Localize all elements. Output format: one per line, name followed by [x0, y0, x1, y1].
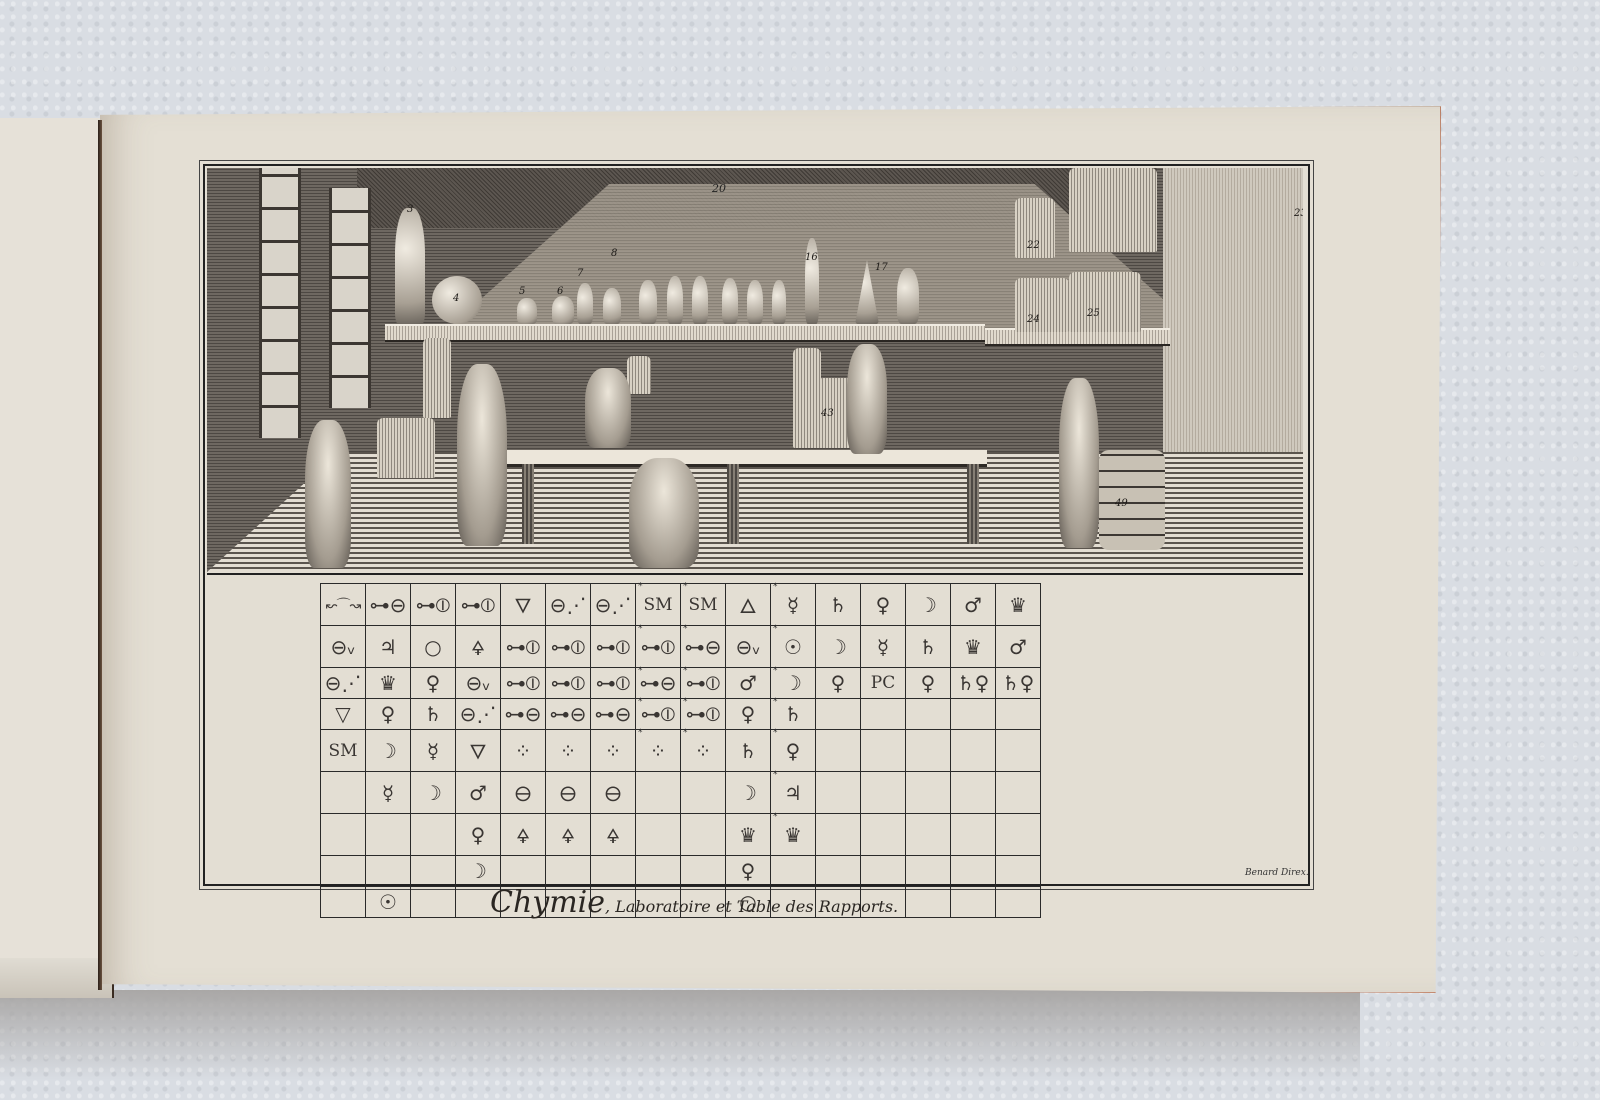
table-cell [411, 856, 456, 887]
table-cell: ⊶⦶ [636, 699, 681, 730]
vessel-25 [1069, 272, 1141, 332]
table-cell: ⊶⊖ [366, 584, 411, 626]
table-cell [321, 887, 366, 918]
table-cell: ⊶⊖ [501, 699, 546, 730]
vessel-15 [772, 280, 786, 324]
table-cell [816, 772, 861, 814]
table-cell [951, 772, 996, 814]
table-cell [906, 699, 951, 730]
table-cell [861, 814, 906, 856]
table-cell: ☽ [771, 668, 816, 699]
table-cell: ☽ [366, 730, 411, 772]
table-row: ♀🜍🜍🜍♛♛ [321, 814, 1041, 856]
label-43: 43 [821, 408, 834, 419]
table-cell [816, 699, 861, 730]
book-shadow [0, 990, 1360, 1080]
table-cell [681, 856, 726, 887]
vessel-18 [897, 268, 919, 324]
table-cell: 🜍 [591, 814, 636, 856]
table-cell: ⊶⊖ [681, 626, 726, 668]
table-cell: ⁘ [591, 730, 636, 772]
hood-23 [1069, 168, 1157, 252]
table-row: ⊖ᵥ♃○🜍⊶⦶⊶⦶⊶⦶⊶⦶⊶⊖⊖ᵥ☉☽☿♄♛♂ [321, 626, 1041, 668]
table-cell: ⊶⦶ [411, 584, 456, 626]
table-cell: ♀ [771, 730, 816, 772]
cucurbit-7 [577, 283, 593, 324]
table-leg [967, 464, 979, 544]
table-cell [321, 772, 366, 814]
table-cell: ♄♀ [951, 668, 996, 699]
table-cell: SM [636, 584, 681, 626]
table-cell [501, 856, 546, 887]
table-cell: ⊶⊖ [636, 668, 681, 699]
table-cell: ☿ [411, 730, 456, 772]
table-cell: ♀ [861, 584, 906, 626]
table-cell: ☿ [366, 772, 411, 814]
table-cell: ⊖⋰ [321, 668, 366, 699]
table-cell [861, 772, 906, 814]
table-cell: ♀ [726, 699, 771, 730]
table-cell: 🜍 [501, 814, 546, 856]
table-cell: ☿ [861, 626, 906, 668]
table-cell: ♛ [366, 668, 411, 699]
table-cell [951, 699, 996, 730]
table-cell: ⊖⋰ [546, 584, 591, 626]
label-5: 5 [519, 286, 525, 297]
table-cell [681, 814, 726, 856]
table-cell [861, 856, 906, 887]
table-cell: ⊶⦶ [456, 584, 501, 626]
retort-6 [552, 296, 574, 324]
table-cell: ⊶⊖ [546, 699, 591, 730]
table-cell: 🜍 [546, 814, 591, 856]
table-cell [321, 856, 366, 887]
label-4: 4 [453, 293, 459, 304]
table-cell: 🜂 [726, 584, 771, 626]
table-cell: ♛ [996, 584, 1041, 626]
table-cell [861, 699, 906, 730]
table-cell: ♂ [951, 584, 996, 626]
caption-title: Chymie [490, 885, 605, 920]
retort-5 [517, 298, 537, 324]
table-cell: ⊶⦶ [501, 626, 546, 668]
table-cell: ↜⌒↝ [321, 584, 366, 626]
table-row: ⊖⋰♛♀⊖ᵥ⊶⦶⊶⦶⊶⦶⊶⊖⊶⦶♂☽♀PC♀♄♀♄♀ [321, 668, 1041, 699]
table-cell: ⁘ [681, 730, 726, 772]
seated-chemist-figure [585, 368, 631, 448]
table-cell [906, 856, 951, 887]
table-cell [321, 814, 366, 856]
table-cell: ♂ [726, 668, 771, 699]
table-cell: ⊖ᵥ [456, 668, 501, 699]
table-cell [906, 887, 951, 918]
table-cell [591, 856, 636, 887]
table-cell [861, 730, 906, 772]
table-cell [636, 814, 681, 856]
table-cell: ⊖⋰ [456, 699, 501, 730]
table-cell: ▽ [321, 699, 366, 730]
table-cell: ⊖⋰ [591, 584, 636, 626]
table-cell [366, 814, 411, 856]
vessel-14 [747, 280, 763, 324]
table-cell [951, 730, 996, 772]
table-cell: ⊶⦶ [591, 668, 636, 699]
table-cell: ⊶⦶ [681, 699, 726, 730]
left-page [0, 118, 114, 998]
table-cell: ♄ [726, 730, 771, 772]
table-cell: PC [861, 668, 906, 699]
table-cell: 🜄 [501, 584, 546, 626]
lab-table [507, 450, 987, 467]
table-cell [411, 814, 456, 856]
table-cell: ☽ [456, 856, 501, 887]
label-3: 3 [407, 204, 413, 215]
aludel-vessel [395, 208, 425, 324]
label-20: 20 [712, 182, 726, 195]
table-cell: 🜔 [591, 772, 636, 814]
table-cell: SM [321, 730, 366, 772]
table-cell: ☉ [771, 626, 816, 668]
label-7: 7 [577, 268, 583, 279]
table-cell: ☿ [771, 584, 816, 626]
table-cell [681, 772, 726, 814]
vessel-13 [722, 278, 738, 324]
table-cell: 🜔 [546, 772, 591, 814]
engraver-credit: Benard Direx. [1245, 868, 1309, 878]
table-cell: ○ [411, 626, 456, 668]
book-gutter [98, 120, 102, 990]
table-cell: 🜔 [501, 772, 546, 814]
table-cell: 🜄 [456, 730, 501, 772]
label-23: 23 [1294, 208, 1303, 219]
table-cell: ☽ [906, 584, 951, 626]
table-cell: ⁘ [636, 730, 681, 772]
table-cell: ♛ [951, 626, 996, 668]
table-cell: ♃ [366, 626, 411, 668]
furnace-29 [423, 338, 451, 418]
boy-at-barrel-figure [1059, 378, 1099, 548]
label-17: 17 [875, 262, 888, 273]
vessel-16 [805, 238, 819, 324]
label-49: 49 [1115, 498, 1128, 509]
table-cell: ⊶⦶ [546, 668, 591, 699]
table-cell [816, 730, 861, 772]
table-cell [996, 814, 1041, 856]
table-leg [522, 464, 534, 544]
window-right [329, 188, 371, 408]
laboratory-engraving: 20 3 4 5 6 7 8 16 17 23 22 24 25 43 49 [207, 168, 1303, 572]
table-cell: ♄ [411, 699, 456, 730]
table-cell: ♀ [411, 668, 456, 699]
table-cell: ♄ [771, 699, 816, 730]
plate-caption: Chymie, Laboratoire et Table des Rapport… [490, 885, 898, 920]
table-cell [366, 856, 411, 887]
assistant-at-furnace-figure [847, 344, 887, 454]
table-leg [727, 464, 739, 544]
table-cell: ♂ [996, 626, 1041, 668]
table-cell [906, 730, 951, 772]
table-row: ▽♀♄⊖⋰⊶⊖⊶⊖⊶⊖⊶⦶⊶⦶♀♄ [321, 699, 1041, 730]
table-cell [546, 856, 591, 887]
shelf-left [385, 324, 985, 342]
label-22: 22 [1027, 240, 1040, 251]
table-cell: ♂ [456, 772, 501, 814]
table-cell [996, 730, 1041, 772]
table-cell: ⁘ [546, 730, 591, 772]
vessel-24 [1015, 278, 1069, 332]
table-cell [411, 887, 456, 918]
table-cell [996, 887, 1041, 918]
table-cell: ♀ [366, 699, 411, 730]
table-cell [996, 856, 1041, 887]
label-16: 16 [805, 252, 818, 263]
table-cell: ⊶⊖ [591, 699, 636, 730]
table-cell: ☽ [816, 626, 861, 668]
vessel-11 [639, 280, 657, 324]
label-25: 25 [1087, 308, 1100, 319]
table-cell: ♄ [906, 626, 951, 668]
table-cell: ☉ [366, 887, 411, 918]
chest-27 [377, 418, 435, 478]
window-left [259, 168, 301, 438]
label-6: 6 [557, 286, 563, 297]
caption-subtitle: , Laboratoire et Table des Rapports. [605, 897, 898, 916]
servant-figure [305, 420, 351, 568]
table-cell: 🜍 [456, 626, 501, 668]
table-cell: ⊶⦶ [636, 626, 681, 668]
table-cell: ⊖ᵥ [726, 626, 771, 668]
table-cell: ⊶⦶ [681, 668, 726, 699]
table-cell [951, 887, 996, 918]
table-cell: ♃ [771, 772, 816, 814]
standing-chemist-figure [457, 364, 507, 546]
furnace-34 [627, 356, 651, 394]
table-cell [636, 772, 681, 814]
table-cell: ⊶⦶ [591, 626, 636, 668]
table-des-rapports: ↜⌒↝⊶⊖⊶⦶⊶⦶🜄⊖⋰⊖⋰SMSM🜂☿♄♀☽♂♛⊖ᵥ♃○🜍⊶⦶⊶⦶⊶⦶⊶⦶⊶⊖… [320, 583, 1041, 918]
table-cell: ☽ [411, 772, 456, 814]
table-cell: ♀ [456, 814, 501, 856]
table-cell [906, 772, 951, 814]
table-cell [771, 856, 816, 887]
vessel-12b [692, 276, 708, 324]
label-8: 8 [611, 248, 617, 259]
table-cell [951, 856, 996, 887]
table-cell: ♄♀ [996, 668, 1041, 699]
kneeling-assistant-figure [629, 458, 699, 568]
table-cell [996, 699, 1041, 730]
table-row: SM☽☿🜄⁘⁘⁘⁘⁘♄♀ [321, 730, 1041, 772]
vessel-12 [667, 276, 683, 324]
matrass-9 [603, 288, 621, 324]
table-cell: ♄ [816, 584, 861, 626]
table-cell: SM [681, 584, 726, 626]
table-row: ↜⌒↝⊶⊖⊶⦶⊶⦶🜄⊖⋰⊖⋰SMSM🜂☿♄♀☽♂♛ [321, 584, 1041, 626]
table-cell: ⁘ [501, 730, 546, 772]
table-cell [906, 814, 951, 856]
table-cell: ♛ [726, 814, 771, 856]
table-cell: ⊖ᵥ [321, 626, 366, 668]
left-page-edge [0, 958, 112, 998]
affinity-table-area: ↜⌒↝⊶⊖⊶⦶⊶⦶🜄⊖⋰⊖⋰SMSM🜂☿♄♀☽♂♛⊖ᵥ♃○🜍⊶⦶⊶⦶⊶⦶⊶⦶⊶⊖… [207, 573, 1303, 880]
label-24: 24 [1027, 314, 1040, 325]
table-cell [951, 814, 996, 856]
table-cell: ♛ [771, 814, 816, 856]
table-cell: ⊶⦶ [546, 626, 591, 668]
table-cell [636, 856, 681, 887]
table-cell [816, 814, 861, 856]
table-cell: ⊶⦶ [501, 668, 546, 699]
table-row: ☽♀ [321, 856, 1041, 887]
table-cell [816, 856, 861, 887]
table-cell: ♀ [906, 668, 951, 699]
table-row: ☿☽♂🜔🜔🜔☽♃ [321, 772, 1041, 814]
barrel-49 [1099, 450, 1165, 550]
table-cell: ♀ [726, 856, 771, 887]
table-cell: ☽ [726, 772, 771, 814]
table-cell: ♀ [816, 668, 861, 699]
table-cell [996, 772, 1041, 814]
